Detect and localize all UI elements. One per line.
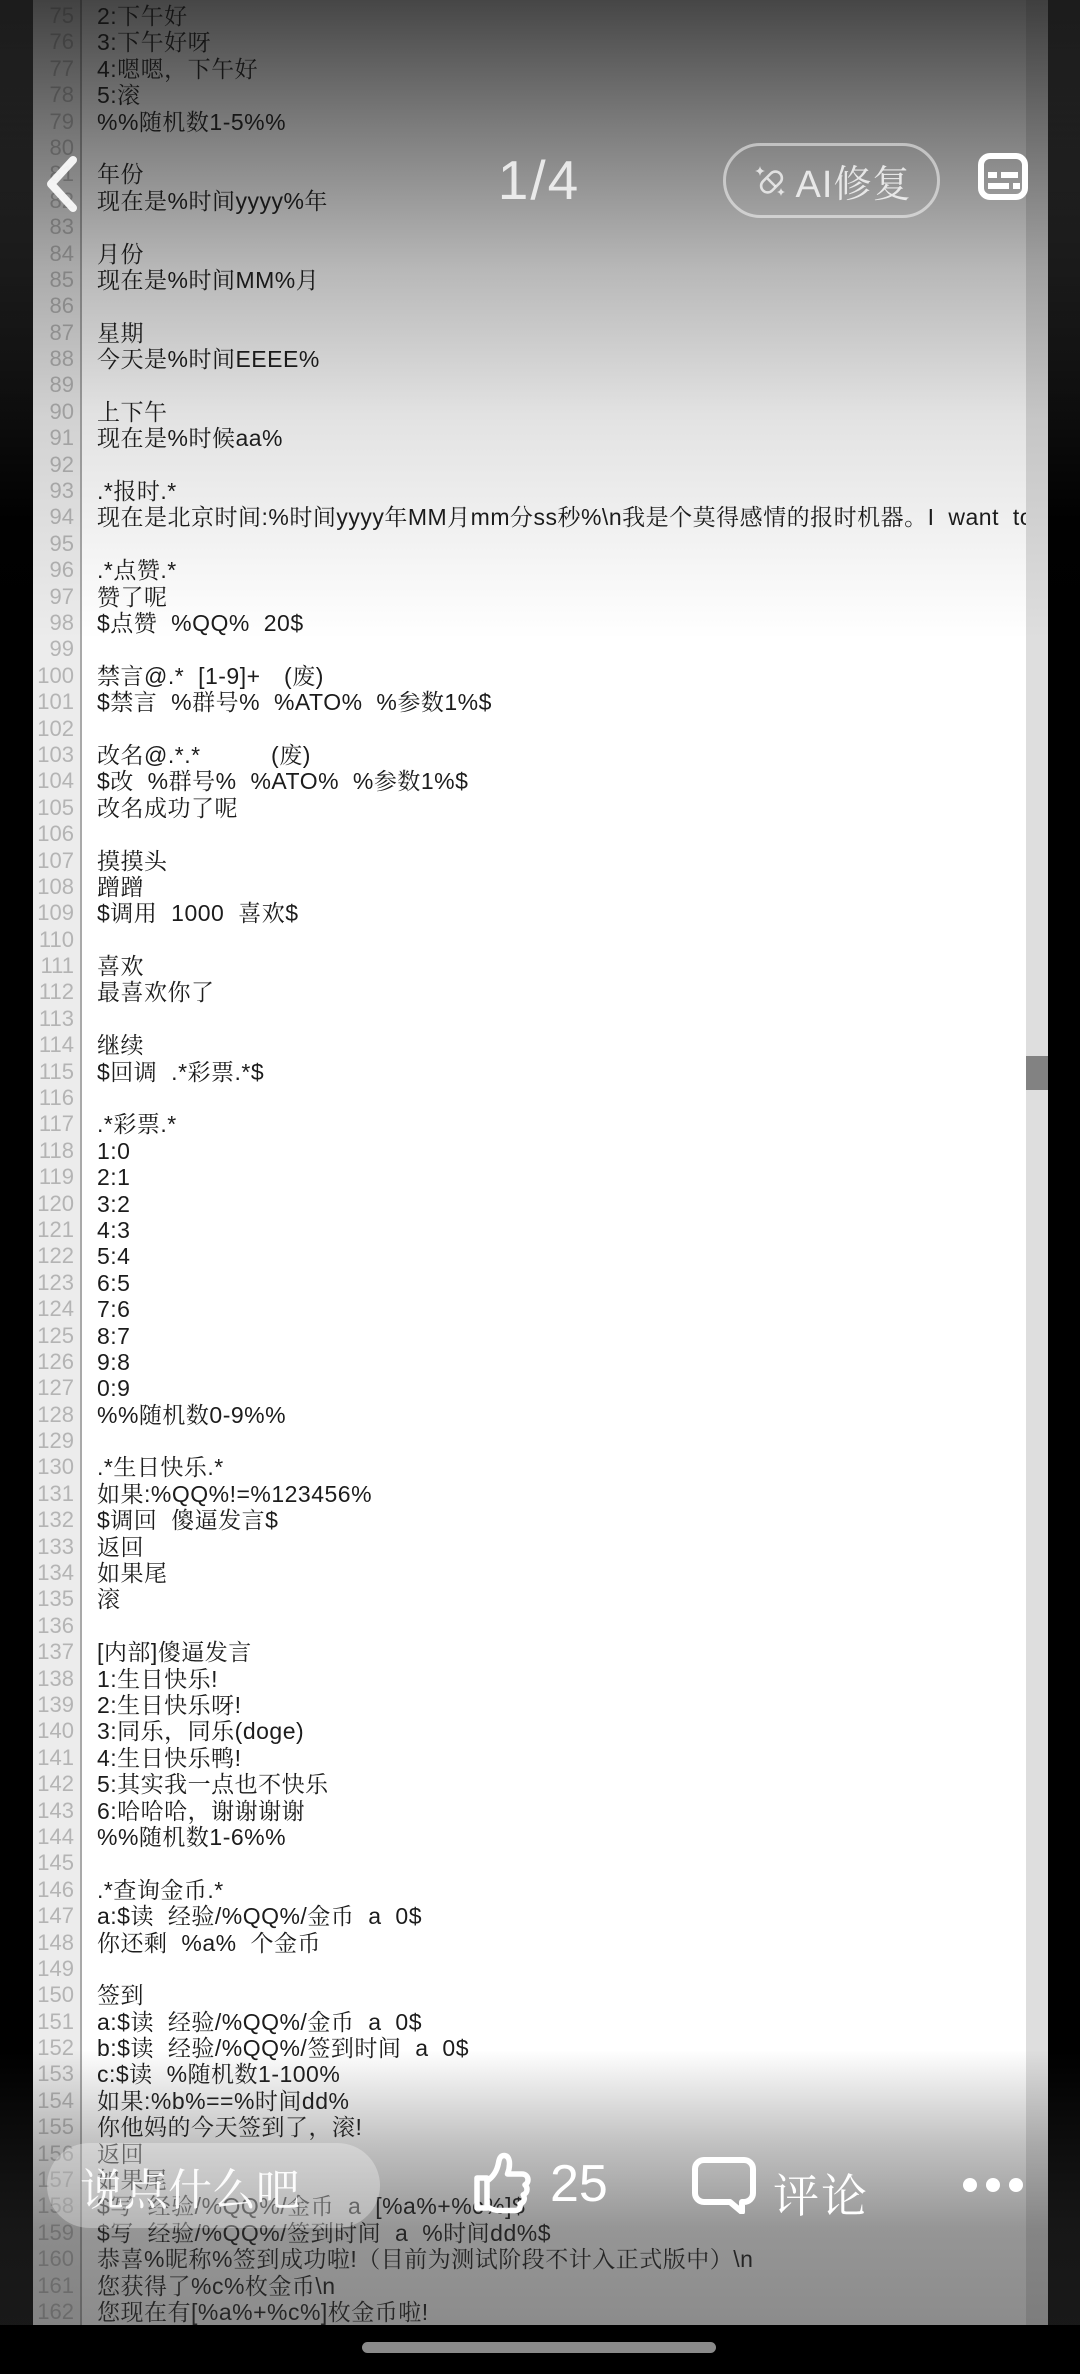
thumbs-up-icon — [471, 2150, 533, 2214]
line-text: $回调 .*彩票.*$ — [82, 1059, 264, 1085]
code-line: 774:嗯嗯，下午好 — [33, 56, 1048, 82]
line-text: 月份 — [82, 241, 144, 267]
line-text: .*点赞.* — [82, 557, 177, 583]
code-lines: 752:下午好763:下午好呀774:嗯嗯，下午好785:滚79%%随机数1-5… — [33, 0, 1048, 2325]
scrollbar-thumb[interactable] — [1026, 1056, 1048, 1090]
line-text: 8:7 — [82, 1323, 130, 1349]
line-text: $禁言 %群号% %ATO% %参数1%$ — [82, 689, 492, 715]
code-line: 1403:同乐，同乐(doge) — [33, 1718, 1048, 1744]
line-text: 你还剩 %a% 个金币 — [82, 1930, 321, 1956]
line-number: 115 — [33, 1059, 82, 1085]
line-text: %%随机数1-5%% — [82, 109, 286, 135]
line-number: 91 — [33, 425, 82, 451]
line-number: 104 — [33, 768, 82, 794]
line-text: 您获得了%c%枚金币\n — [82, 2273, 336, 2299]
line-text: 6:5 — [82, 1270, 130, 1296]
code-line: 136 — [33, 1613, 1048, 1639]
line-number: 107 — [33, 848, 82, 874]
line-text — [82, 531, 97, 557]
line-text: a:$读 经验/%QQ%/金币 a 0$ — [82, 2009, 422, 2035]
code-line: 100禁言@.* [1-9]+ (废) — [33, 663, 1048, 689]
line-number: 127 — [33, 1375, 82, 1401]
line-text: 如果:%b%==%时间dd% — [82, 2088, 349, 2114]
code-line: 129 — [33, 1428, 1048, 1454]
code-line: 149 — [33, 1956, 1048, 1982]
code-line: 102 — [33, 716, 1048, 742]
line-number: 112 — [33, 979, 82, 1005]
code-line: 1247:6 — [33, 1296, 1048, 1322]
line-text: 如果:%QQ%!=%123456% — [82, 1481, 372, 1507]
line-text — [82, 1006, 97, 1032]
line-text: 签到 — [82, 1982, 144, 2008]
code-line: 1203:2 — [33, 1191, 1048, 1217]
line-number: 108 — [33, 874, 82, 900]
line-text: $改 %群号% %ATO% %参数1%$ — [82, 768, 468, 794]
code-line: 117.*彩票.* — [33, 1111, 1048, 1137]
line-text: $调用 1000 喜欢$ — [82, 900, 299, 926]
line-number: 130 — [33, 1454, 82, 1480]
line-number: 85 — [33, 267, 82, 293]
code-line: 151a:$读 经验/%QQ%/金币 a 0$ — [33, 2009, 1048, 2035]
line-text: 现在是%时间yyyy%年 — [82, 188, 328, 214]
line-text: 继续 — [82, 1032, 144, 1058]
line-text: 1:生日快乐! — [82, 1666, 218, 1692]
code-line: 1192:1 — [33, 1164, 1048, 1190]
line-text: 改名成功了呢 — [82, 795, 238, 821]
code-line: 115$回调 .*彩票.*$ — [33, 1059, 1048, 1085]
code-line: 144%%随机数1-6%% — [33, 1824, 1048, 1850]
line-number: 88 — [33, 346, 82, 372]
code-line: 134如果尾 — [33, 1560, 1048, 1586]
line-text: 3:同乐，同乐(doge) — [82, 1718, 304, 1744]
line-text — [82, 1956, 97, 1982]
line-text: 摸摸头 — [82, 848, 168, 874]
line-number: 133 — [33, 1534, 82, 1560]
comment-button[interactable] — [690, 2156, 758, 2214]
ai-repair-button[interactable]: AI修复 — [723, 143, 940, 218]
line-number: 106 — [33, 821, 82, 847]
line-number: 118 — [33, 1138, 82, 1164]
line-number: 131 — [33, 1481, 82, 1507]
line-number: 145 — [33, 1850, 82, 1876]
line-number: 137 — [33, 1639, 82, 1665]
code-line: 101$禁言 %群号% %ATO% %参数1%$ — [33, 689, 1048, 715]
line-number: 119 — [33, 1164, 82, 1190]
line-text: .*生日快乐.* — [82, 1454, 224, 1480]
line-number: 121 — [33, 1217, 82, 1243]
code-line: 107摸摸头 — [33, 848, 1048, 874]
line-number: 141 — [33, 1745, 82, 1771]
code-line: 112最喜欢你了 — [33, 979, 1048, 1005]
line-text: .*彩票.* — [82, 1111, 177, 1137]
scrollbar-track — [1026, 0, 1048, 2325]
code-line: 105改名成功了呢 — [33, 795, 1048, 821]
photo-script-screenshot[interactable]: 752:下午好763:下午好呀774:嗯嗯，下午好785:滚79%%随机数1-5… — [33, 0, 1048, 2325]
chevron-left-icon — [44, 155, 80, 213]
code-line: 1225:4 — [33, 1243, 1048, 1269]
line-number: 154 — [33, 2088, 82, 2114]
line-text: 2:1 — [82, 1164, 130, 1190]
line-number: 94 — [33, 504, 82, 530]
code-line: 95 — [33, 531, 1048, 557]
code-line: 1258:7 — [33, 1323, 1048, 1349]
line-text: 7:6 — [82, 1296, 130, 1322]
text-extract-button[interactable] — [978, 153, 1028, 200]
code-line: 88今天是%时间EEEE% — [33, 346, 1048, 372]
line-number: 90 — [33, 399, 82, 425]
comment-input-placeholder: 说点什么吧 — [47, 2154, 300, 2218]
line-number: 124 — [33, 1296, 82, 1322]
code-line: 155你他妈的今天签到了，滚! — [33, 2114, 1048, 2140]
code-line: 152b:$读 经验/%QQ%/签到时间 a 0$ — [33, 2035, 1048, 2061]
code-line: 98$点赞 %QQ% 20$ — [33, 610, 1048, 636]
code-line: 131如果:%QQ%!=%123456% — [33, 1481, 1048, 1507]
line-text: 2:生日快乐呀! — [82, 1692, 242, 1718]
viewer-right-band — [1048, 0, 1080, 2325]
line-number: 125 — [33, 1323, 82, 1349]
line-number: 148 — [33, 1930, 82, 1956]
line-number: 92 — [33, 452, 82, 478]
line-number: 78 — [33, 82, 82, 108]
code-line: 153c:$读 %随机数1-100% — [33, 2061, 1048, 2087]
line-text: 返回 — [82, 1534, 144, 1560]
code-line: 103改名@.*.* (废) — [33, 742, 1048, 768]
code-line: 1381:生日快乐! — [33, 1666, 1048, 1692]
ellipsis-dot — [963, 2178, 977, 2192]
line-text — [82, 214, 97, 240]
line-text: 2:下午好 — [82, 3, 188, 29]
code-line: 109$调用 1000 喜欢$ — [33, 900, 1048, 926]
line-number: 83 — [33, 214, 82, 240]
line-text: 5:其实我一点也不快乐 — [82, 1771, 329, 1797]
line-text — [82, 372, 97, 398]
code-line: 110 — [33, 927, 1048, 953]
code-line: 84月份 — [33, 241, 1048, 267]
home-indicator[interactable] — [362, 2342, 716, 2353]
code-line: 83 — [33, 214, 1048, 240]
code-line: 146.*查询金币.* — [33, 1877, 1048, 1903]
line-number: 75 — [33, 3, 82, 29]
line-number: 142 — [33, 1771, 82, 1797]
line-text: 赞了呢 — [82, 584, 168, 610]
line-number: 138 — [33, 1666, 82, 1692]
comment-label: 评论 — [773, 2160, 869, 2226]
line-number: 126 — [33, 1349, 82, 1375]
line-number: 143 — [33, 1798, 82, 1824]
line-text — [82, 293, 97, 319]
line-text: .*报时.* — [82, 478, 177, 504]
line-text: 4:生日快乐鸭! — [82, 1745, 242, 1771]
code-line: 752:下午好 — [33, 3, 1048, 29]
code-line: 90上下午 — [33, 399, 1048, 425]
line-number: 99 — [33, 636, 82, 662]
subtitle-extract-icon — [978, 153, 1028, 200]
line-text: a:$读 经验/%QQ%/金币 a 0$ — [82, 1903, 422, 1929]
line-text — [82, 716, 97, 742]
code-line: 133返回 — [33, 1534, 1048, 1560]
code-line: 1270:9 — [33, 1375, 1048, 1401]
line-text: 改名@.*.* (废) — [82, 742, 311, 768]
code-line: 97赞了呢 — [33, 584, 1048, 610]
line-number: 114 — [33, 1032, 82, 1058]
line-text: b:$读 经验/%QQ%/签到时间 a 0$ — [82, 2035, 469, 2061]
code-line: 160恭喜%昵称%签到成功啦!（目前为测试阶段不计入正式版中）\n — [33, 2246, 1048, 2272]
line-text: 蹭蹭 — [82, 874, 144, 900]
line-number: 134 — [33, 1560, 82, 1586]
line-text — [82, 1428, 97, 1454]
line-text: %%随机数0-9%% — [82, 1402, 286, 1428]
image-viewer-screen: 752:下午好763:下午好呀774:嗯嗯，下午好785:滚79%%随机数1-5… — [0, 0, 1080, 2374]
back-button[interactable] — [44, 155, 80, 213]
code-line: 93.*报时.* — [33, 478, 1048, 504]
code-line: 111喜欢 — [33, 953, 1048, 979]
line-text — [82, 1085, 97, 1111]
line-text: c:$读 %随机数1-100% — [82, 2061, 340, 2087]
line-number: 89 — [33, 372, 82, 398]
code-line: 147a:$读 经验/%QQ%/金币 a 0$ — [33, 1903, 1048, 1929]
line-number: 84 — [33, 241, 82, 267]
line-number: 102 — [33, 716, 82, 742]
line-text: $调回 傻逼发言$ — [82, 1507, 278, 1533]
code-line: 91现在是%时候aa% — [33, 425, 1048, 451]
ellipsis-dot — [1009, 2178, 1023, 2192]
line-number: 95 — [33, 531, 82, 557]
line-text: 6:哈哈哈，谢谢谢谢 — [82, 1798, 305, 1824]
line-number: 132 — [33, 1507, 82, 1533]
code-line: 99 — [33, 636, 1048, 662]
code-line: 1214:3 — [33, 1217, 1048, 1243]
line-number: 146 — [33, 1877, 82, 1903]
code-line: 162您现在有[%a%+%c%]枚金币啦! — [33, 2299, 1048, 2325]
viewer-left-band — [0, 0, 33, 2325]
line-text: 滚 — [82, 1586, 121, 1612]
code-line: 128%%随机数0-9%% — [33, 1402, 1048, 1428]
line-number: 149 — [33, 1956, 82, 1982]
line-number: 116 — [33, 1085, 82, 1111]
code-line: 1392:生日快乐呀! — [33, 1692, 1048, 1718]
line-text: 3:2 — [82, 1191, 130, 1217]
line-text: 您现在有[%a%+%c%]枚金币啦! — [82, 2299, 429, 2325]
line-text: 如果尾 — [82, 1560, 168, 1586]
line-text: 年份 — [82, 161, 144, 187]
line-text — [82, 135, 97, 161]
line-text: 3:下午好呀 — [82, 29, 211, 55]
ellipsis-dot — [986, 2178, 1000, 2192]
line-number: 105 — [33, 795, 82, 821]
code-line: 1269:8 — [33, 1349, 1048, 1375]
line-number: 98 — [33, 610, 82, 636]
line-text — [82, 636, 97, 662]
code-line: 89 — [33, 372, 1048, 398]
line-number: 120 — [33, 1191, 82, 1217]
code-line: 137[内部]傻逼发言 — [33, 1639, 1048, 1665]
page-indicator: 1/4 — [429, 148, 649, 212]
line-text: 现在是%时间MM%月 — [82, 267, 319, 293]
line-number: 128 — [33, 1402, 82, 1428]
line-text: 禁言@.* [1-9]+ (废) — [82, 663, 324, 689]
line-text: 今天是%时间EEEE% — [82, 346, 320, 372]
line-number: 76 — [33, 29, 82, 55]
line-number: 162 — [33, 2299, 82, 2325]
code-line: 154如果:%b%==%时间dd% — [33, 2088, 1048, 2114]
line-number: 122 — [33, 1243, 82, 1269]
line-number: 152 — [33, 2035, 82, 2061]
line-number: 153 — [33, 2061, 82, 2087]
line-number: 160 — [33, 2246, 82, 2272]
code-line: 85现在是%时间MM%月 — [33, 267, 1048, 293]
line-number: 109 — [33, 900, 82, 926]
code-line: 161您获得了%c%枚金币\n — [33, 2273, 1048, 2299]
line-text: 现在是%时候aa% — [82, 425, 283, 451]
code-line: 86 — [33, 293, 1048, 319]
code-line: 150签到 — [33, 1982, 1048, 2008]
ai-repair-wand-icon — [752, 163, 788, 199]
line-number: 147 — [33, 1903, 82, 1929]
line-text: 上下午 — [82, 399, 168, 425]
code-line: 108蹭蹭 — [33, 874, 1048, 900]
code-line: 92 — [33, 452, 1048, 478]
like-count: 25 — [550, 2154, 608, 2214]
line-number: 86 — [33, 293, 82, 319]
line-number: 100 — [33, 663, 82, 689]
more-options-button[interactable] — [963, 2178, 1023, 2192]
line-text: $点赞 %QQ% 20$ — [82, 610, 304, 636]
code-line: 130.*生日快乐.* — [33, 1454, 1048, 1480]
line-text: 最喜欢你了 — [82, 979, 215, 1005]
code-line: 106 — [33, 821, 1048, 847]
line-number: 77 — [33, 56, 82, 82]
line-text: 喜欢 — [82, 953, 144, 979]
line-text: 4:3 — [82, 1217, 130, 1243]
line-number: 129 — [33, 1428, 82, 1454]
code-line: 763:下午好呀 — [33, 29, 1048, 55]
code-line: 145 — [33, 1850, 1048, 1876]
code-line: 1414:生日快乐鸭! — [33, 1745, 1048, 1771]
line-number: 93 — [33, 478, 82, 504]
line-text — [82, 821, 97, 847]
line-text: 5:4 — [82, 1243, 130, 1269]
like-button[interactable] — [471, 2150, 533, 2214]
code-line: 148你还剩 %a% 个金币 — [33, 1930, 1048, 1956]
code-line: 114继续 — [33, 1032, 1048, 1058]
line-text: 1:0 — [82, 1138, 130, 1164]
line-text: 5:滚 — [82, 82, 141, 108]
line-text — [82, 1613, 97, 1639]
line-text: .*查询金币.* — [82, 1877, 224, 1903]
line-number: 140 — [33, 1718, 82, 1744]
line-number: 113 — [33, 1006, 82, 1032]
line-text: 星期 — [82, 320, 144, 346]
line-number: 123 — [33, 1270, 82, 1296]
ai-repair-label: AI修复 — [796, 153, 912, 208]
comment-input[interactable]: 说点什么吧 — [47, 2143, 380, 2228]
line-text — [82, 927, 97, 953]
code-line: 1436:哈哈哈，谢谢谢谢 — [33, 1798, 1048, 1824]
line-text — [82, 452, 97, 478]
line-number: 139 — [33, 1692, 82, 1718]
line-number: 103 — [33, 742, 82, 768]
code-line: 1236:5 — [33, 1270, 1048, 1296]
line-text: %%随机数1-6%% — [82, 1824, 286, 1850]
line-number: 79 — [33, 109, 82, 135]
line-number: 144 — [33, 1824, 82, 1850]
line-text: 现在是北京时间:%时间yyyy年MM月mm分ss秒%\n我是个莫得感情的报时机器… — [82, 504, 1048, 530]
line-number: 87 — [33, 320, 82, 346]
line-text: 你他妈的今天签到了，滚! — [82, 2114, 362, 2140]
code-line: 113 — [33, 1006, 1048, 1032]
code-line: 785:滚 — [33, 82, 1048, 108]
code-line: 116 — [33, 1085, 1048, 1111]
line-text: [内部]傻逼发言 — [82, 1639, 252, 1665]
comment-bubble-icon — [690, 2156, 758, 2214]
line-number: 96 — [33, 557, 82, 583]
code-line: 79%%随机数1-5%% — [33, 109, 1048, 135]
code-line: 96.*点赞.* — [33, 557, 1048, 583]
line-number: 151 — [33, 2009, 82, 2035]
line-number: 155 — [33, 2114, 82, 2140]
line-number: 136 — [33, 1613, 82, 1639]
line-number: 110 — [33, 927, 82, 953]
line-text: 9:8 — [82, 1349, 130, 1375]
code-line: 94现在是北京时间:%时间yyyy年MM月mm分ss秒%\n我是个莫得感情的报时… — [33, 504, 1048, 530]
line-text — [82, 1850, 97, 1876]
line-text: 0:9 — [82, 1375, 130, 1401]
line-number: 150 — [33, 1982, 82, 2008]
code-line: 132$调回 傻逼发言$ — [33, 1507, 1048, 1533]
line-number: 111 — [33, 953, 82, 979]
line-number: 161 — [33, 2273, 82, 2299]
code-line: 87星期 — [33, 320, 1048, 346]
line-number: 117 — [33, 1111, 82, 1137]
code-line: 104$改 %群号% %ATO% %参数1%$ — [33, 768, 1048, 794]
line-number: 97 — [33, 584, 82, 610]
line-number: 135 — [33, 1586, 82, 1612]
line-text: 4:嗯嗯，下午好 — [82, 56, 258, 82]
line-number: 101 — [33, 689, 82, 715]
code-line: 1425:其实我一点也不快乐 — [33, 1771, 1048, 1797]
code-line: 1181:0 — [33, 1138, 1048, 1164]
code-line: 135滚 — [33, 1586, 1048, 1612]
line-text: 恭喜%昵称%签到成功啦!（目前为测试阶段不计入正式版中）\n — [82, 2246, 753, 2272]
